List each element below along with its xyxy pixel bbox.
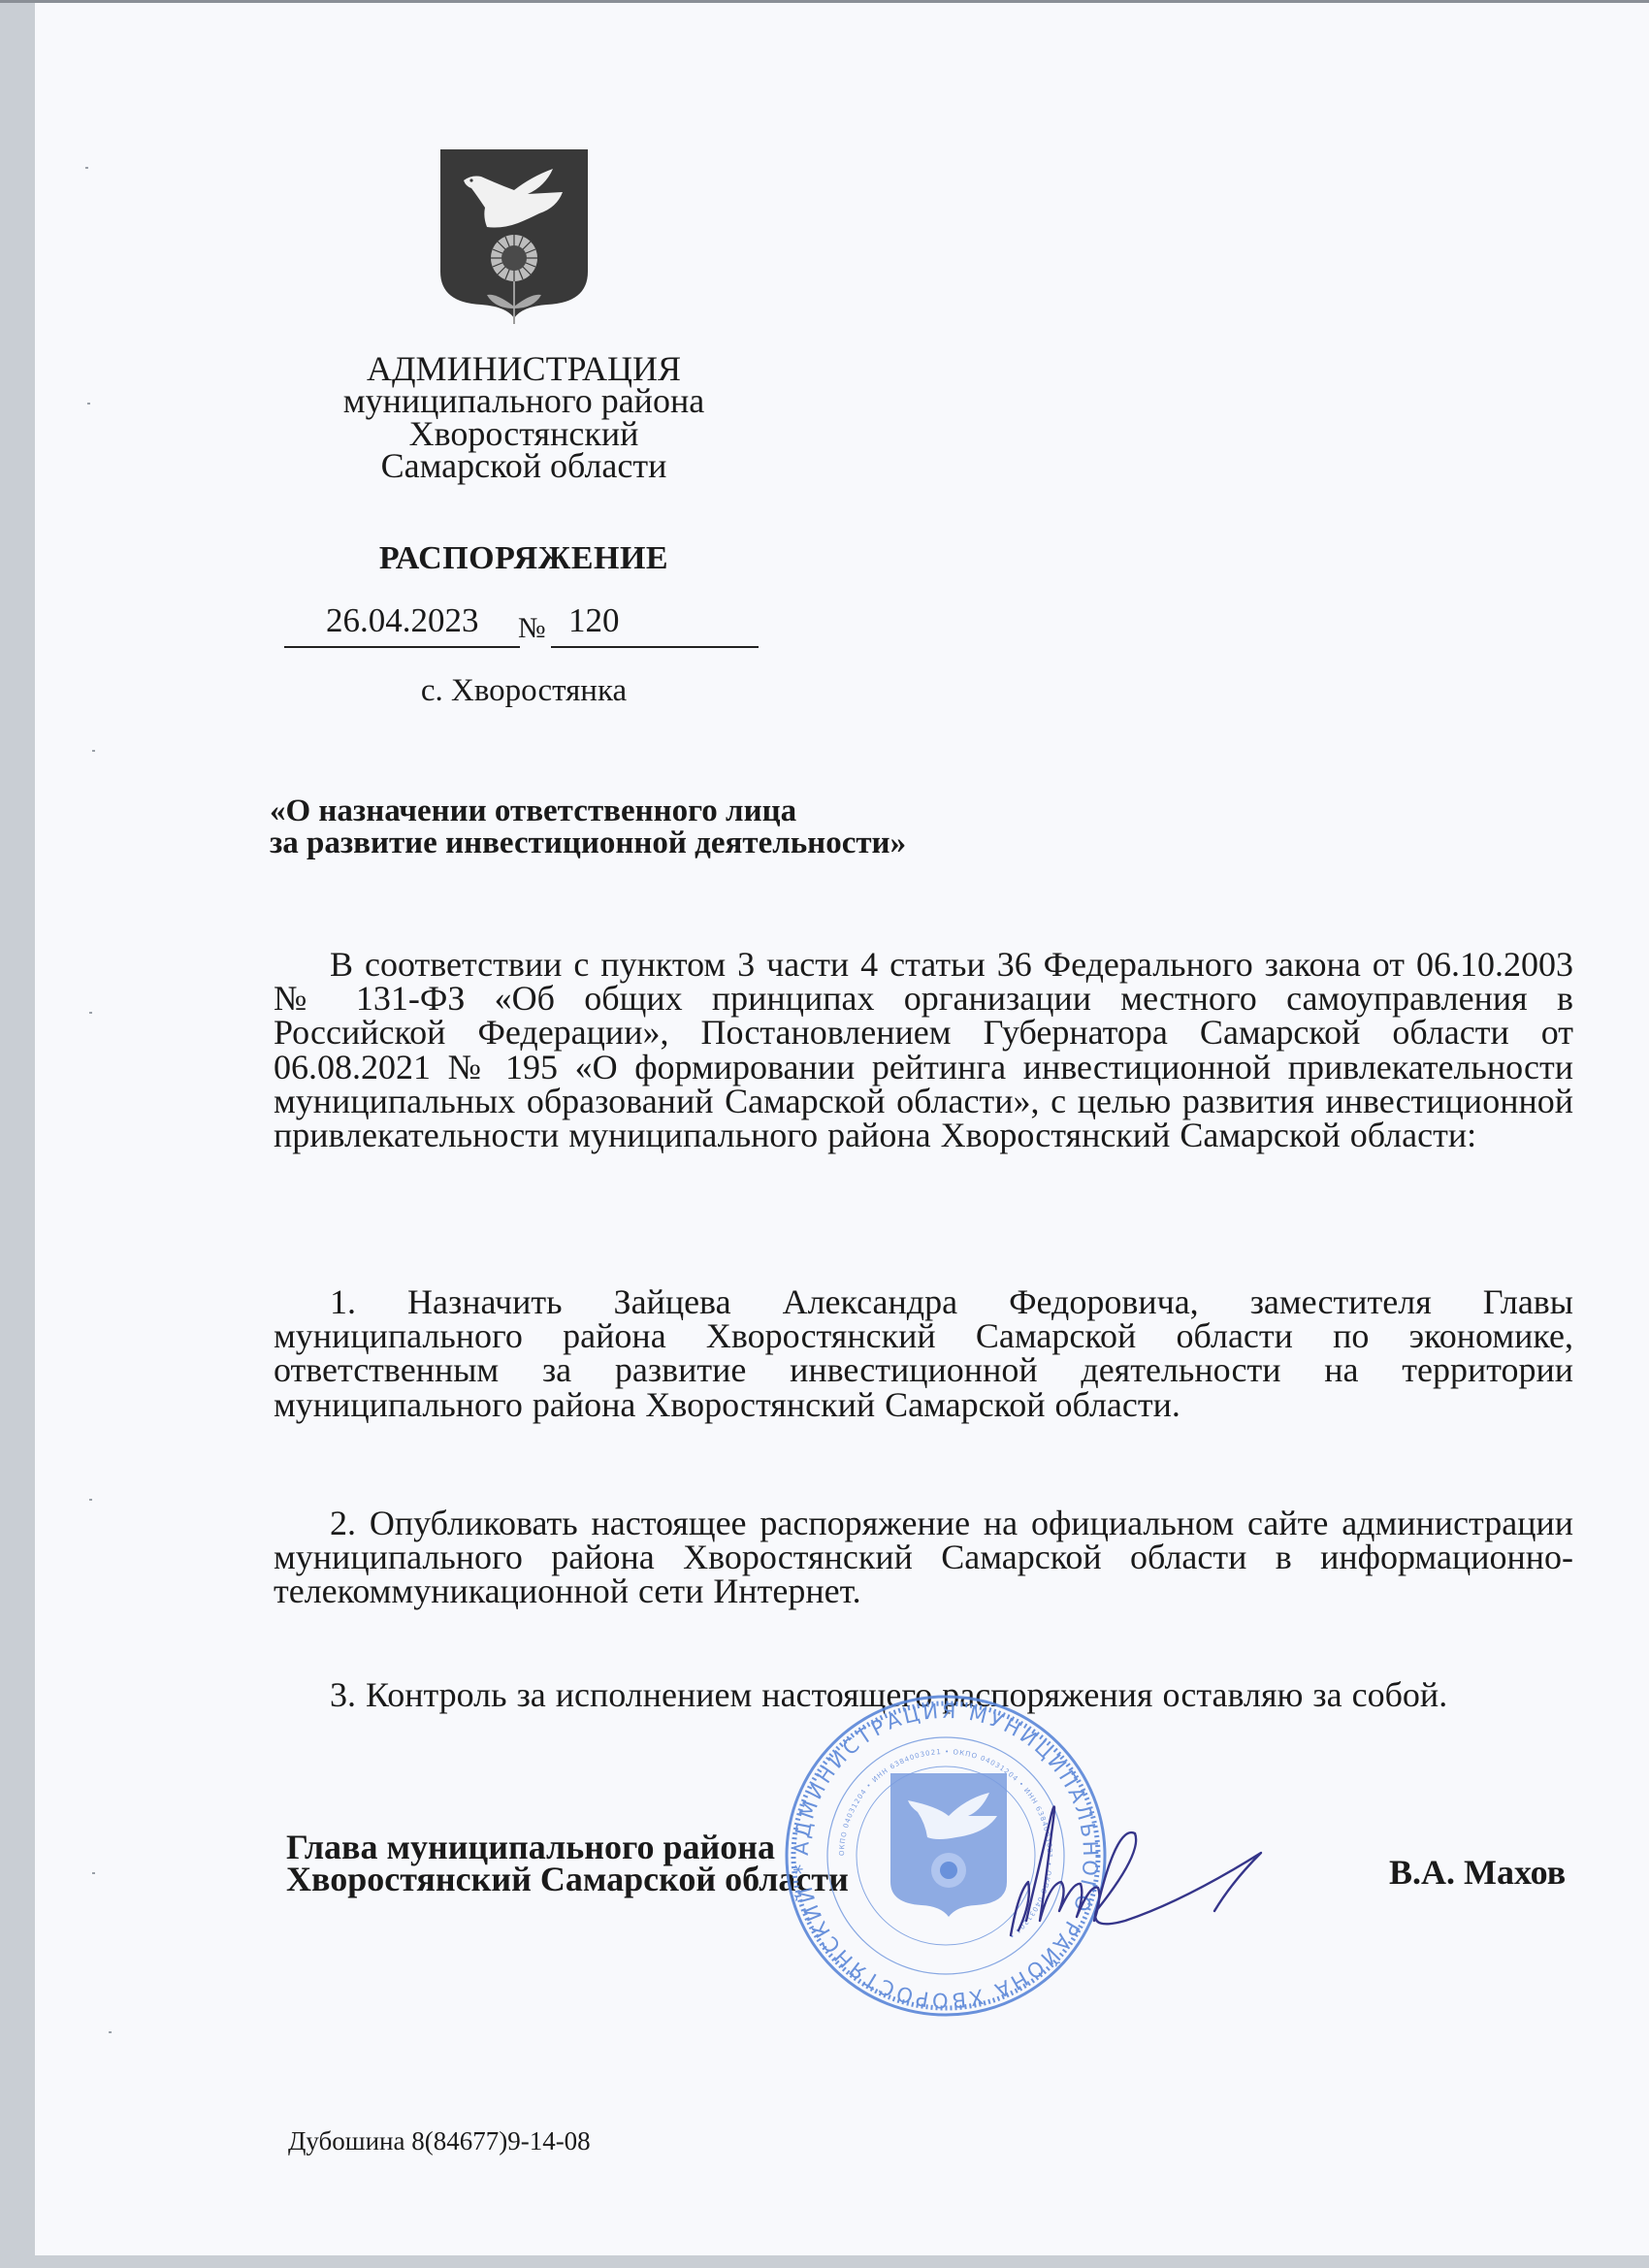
signatory-position: Глава муниципального района Хворостянски… [286, 1831, 849, 1895]
org-name-line: Хворостянский [320, 418, 727, 450]
organization-header: АДМИНИСТРАЦИЯ муниципального района Хвор… [320, 353, 727, 482]
scan-speck [109, 2031, 112, 2033]
scan-speck [89, 1012, 92, 1014]
signatory-name: В.А. Махов [1389, 1857, 1566, 1889]
executor-contact: Дубошина 8(84677)9-14-08 [288, 2126, 591, 2155]
preamble-paragraph: В соответствии с пунктом 3 части 4 стать… [274, 948, 1573, 1152]
document-type-title: РАСПОРЯЖЕНИЕ [320, 539, 727, 578]
order-date: 26.04.2023 [326, 601, 479, 640]
scan-speck [89, 1499, 92, 1501]
order-place: с. Хворостянка [320, 671, 727, 710]
subject-line: «О назначении ответственного лица [270, 795, 1143, 827]
coat-of-arms-icon [438, 147, 590, 326]
order-item-1: 1. Назначить Зайцева Александра Федорови… [274, 1285, 1573, 1422]
handwritten-signature-icon [989, 1775, 1300, 1945]
org-name-line: Самарской области [320, 450, 727, 482]
scan-speck [87, 403, 90, 405]
date-underline [284, 646, 520, 648]
position-line: Хворостянский Самарской области [286, 1863, 849, 1895]
org-name-line: муниципального района [320, 385, 727, 417]
number-underline [551, 646, 759, 648]
scan-speck [85, 167, 88, 169]
order-number: 120 [568, 601, 620, 640]
scan-speck [92, 1872, 95, 1874]
order-subject: «О назначении ответственного лица за раз… [270, 795, 1143, 859]
org-name-line: АДМИНИСТРАЦИЯ [320, 353, 727, 385]
number-sign: № [518, 609, 546, 648]
subject-line: за развитие инвестиционной деятельности» [270, 827, 1143, 859]
scan-speck [92, 750, 95, 752]
order-item-2: 2. Опубликовать настоящее распоряжение н… [274, 1507, 1573, 1609]
